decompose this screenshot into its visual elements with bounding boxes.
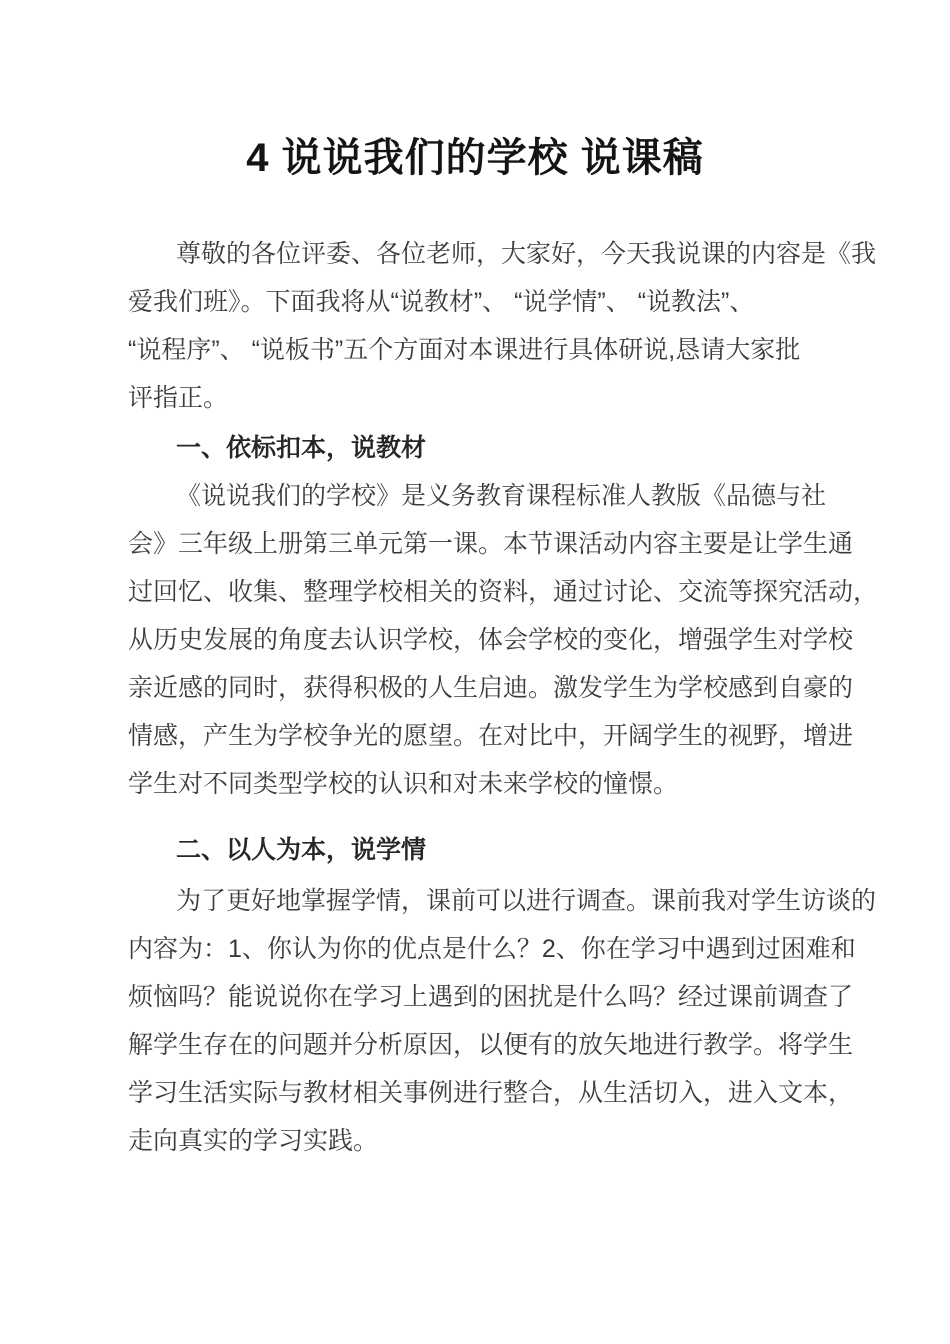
paragraph-learning-situation: 为了更好地掌握学情，课前可以进行调查。课前我对学生访谈的 内容为：1、你认为你的… — [128, 877, 850, 1165]
text-line: 烦恼吗？能说说你在学习上遇到的困扰是什么吗？经过课前调查了 — [128, 973, 850, 1021]
document-page: 4 说说我们的学校 说课稿 尊敬的各位评委、各位老师，大家好，今天我说课的内容是… — [0, 0, 950, 1344]
paragraph-teaching-material: 《说说我们的学校》是义务教育课程标准人教版《品德与社 会》三年级上册第三单元第一… — [128, 472, 850, 808]
text-line: 走向真实的学习实践。 — [128, 1117, 850, 1165]
text-line: 学习生活实际与教材相关事例进行整合，从生活切入，进入文本， — [128, 1069, 850, 1117]
document-title: 4 说说我们的学校 说课稿 — [0, 0, 950, 186]
text-line: 内容为：1、你认为你的优点是什么？2、你在学习中遇到过困难和 — [128, 925, 850, 973]
section-heading-learning-situation: 二、以人为本，说学情 — [128, 826, 850, 874]
document-body: 尊敬的各位评委、各位老师，大家好，今天我说课的内容是《我 爱我们班》。下面我将从… — [128, 230, 850, 1165]
text-line: 爱我们班》。下面我将从“说教材”、 “说学情”、 “说教法”、 — [128, 278, 850, 326]
text-line: 过回忆、收集、整理学校相关的资料，通过讨论、交流等探究活动， — [128, 568, 850, 616]
text-line: 学生对不同类型学校的认识和对未来学校的憧憬。 — [128, 760, 850, 808]
text-line: 为了更好地掌握学情，课前可以进行调查。课前我对学生访谈的 — [128, 877, 850, 925]
text-line: 解学生存在的问题并分析原因，以便有的放矢地进行教学。将学生 — [128, 1021, 850, 1069]
paragraph-intro: 尊敬的各位评委、各位老师，大家好，今天我说课的内容是《我 爱我们班》。下面我将从… — [128, 230, 850, 422]
text-line: 尊敬的各位评委、各位老师，大家好，今天我说课的内容是《我 — [128, 230, 850, 278]
section-heading-teaching-material: 一、依标扣本，说教材 — [128, 424, 850, 472]
text-line: 评指正。 — [128, 374, 850, 422]
text-line: 从历史发展的角度去认识学校，体会学校的变化，增强学生对学校 — [128, 616, 850, 664]
text-line: 会》三年级上册第三单元第一课。本节课活动内容主要是让学生通 — [128, 520, 850, 568]
text-line: 情感，产生为学校争光的愿望。在对比中，开阔学生的视野，增进 — [128, 712, 850, 760]
text-line: 《说说我们的学校》是义务教育课程标准人教版《品德与社 — [128, 472, 850, 520]
text-line: 亲近感的同时，获得积极的人生启迪。激发学生为学校感到自豪的 — [128, 664, 850, 712]
text-line: “说程序”、 “说板书”五个方面对本课进行具体研说,恳请大家批 — [128, 326, 850, 374]
